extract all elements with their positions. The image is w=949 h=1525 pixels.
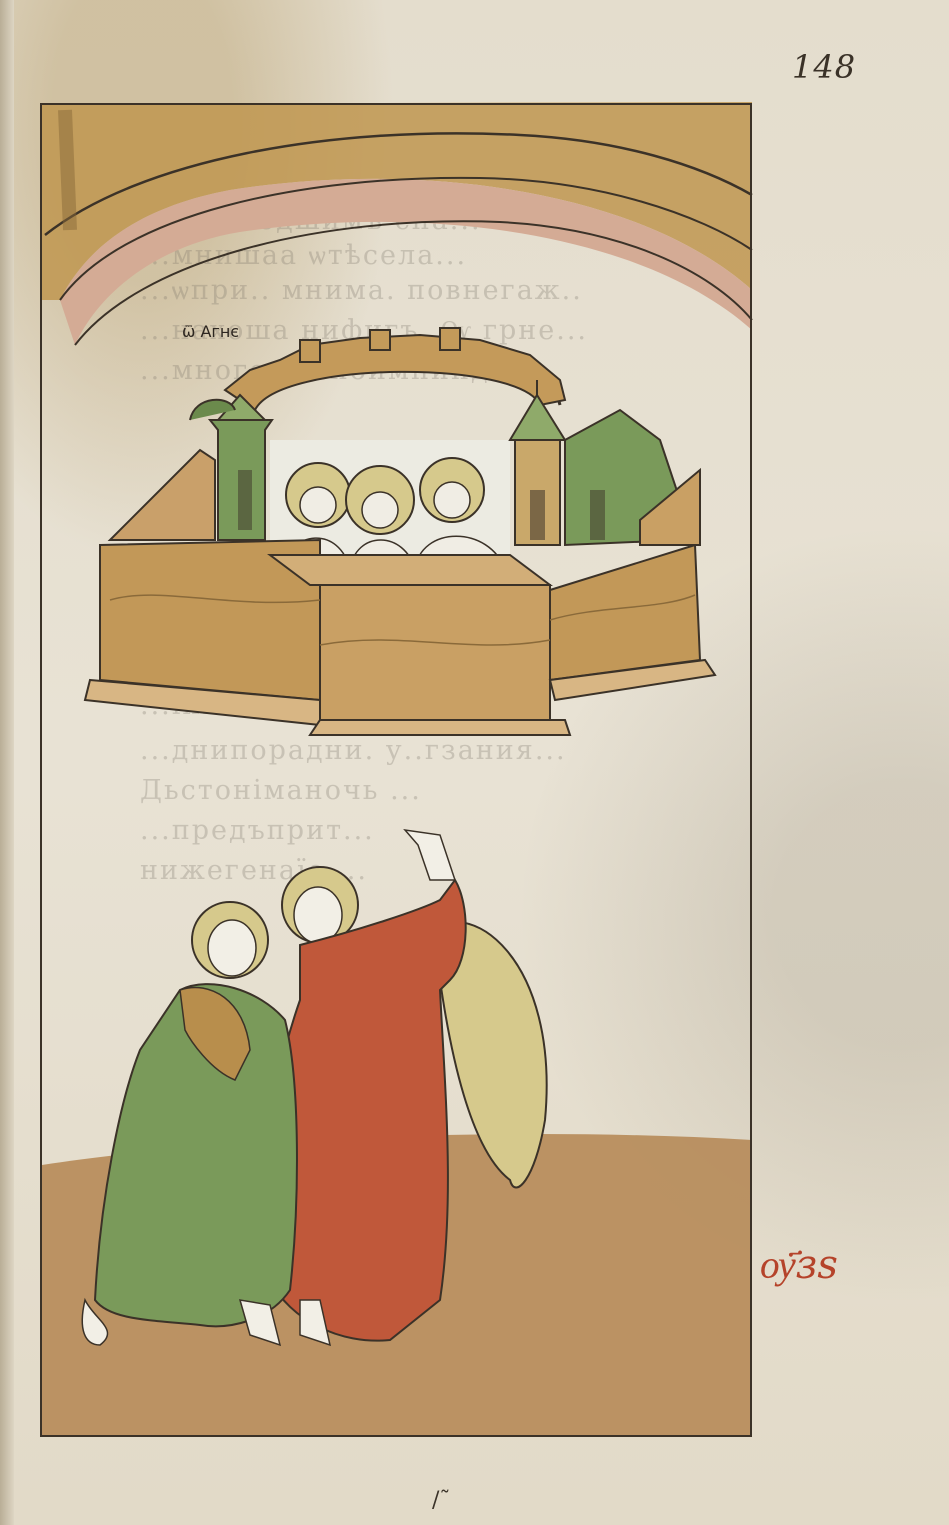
red-margin-annotation: ѹ҃зѕ (760, 1245, 838, 1285)
manuscript-page: ...пришедшимъ сна... ...мнишаа ѡтѣсела..… (0, 0, 949, 1525)
folio-number: 148 (792, 48, 856, 86)
illustration-frame (40, 103, 752, 1437)
bottom-signature-mark: /˜ (432, 1488, 450, 1513)
